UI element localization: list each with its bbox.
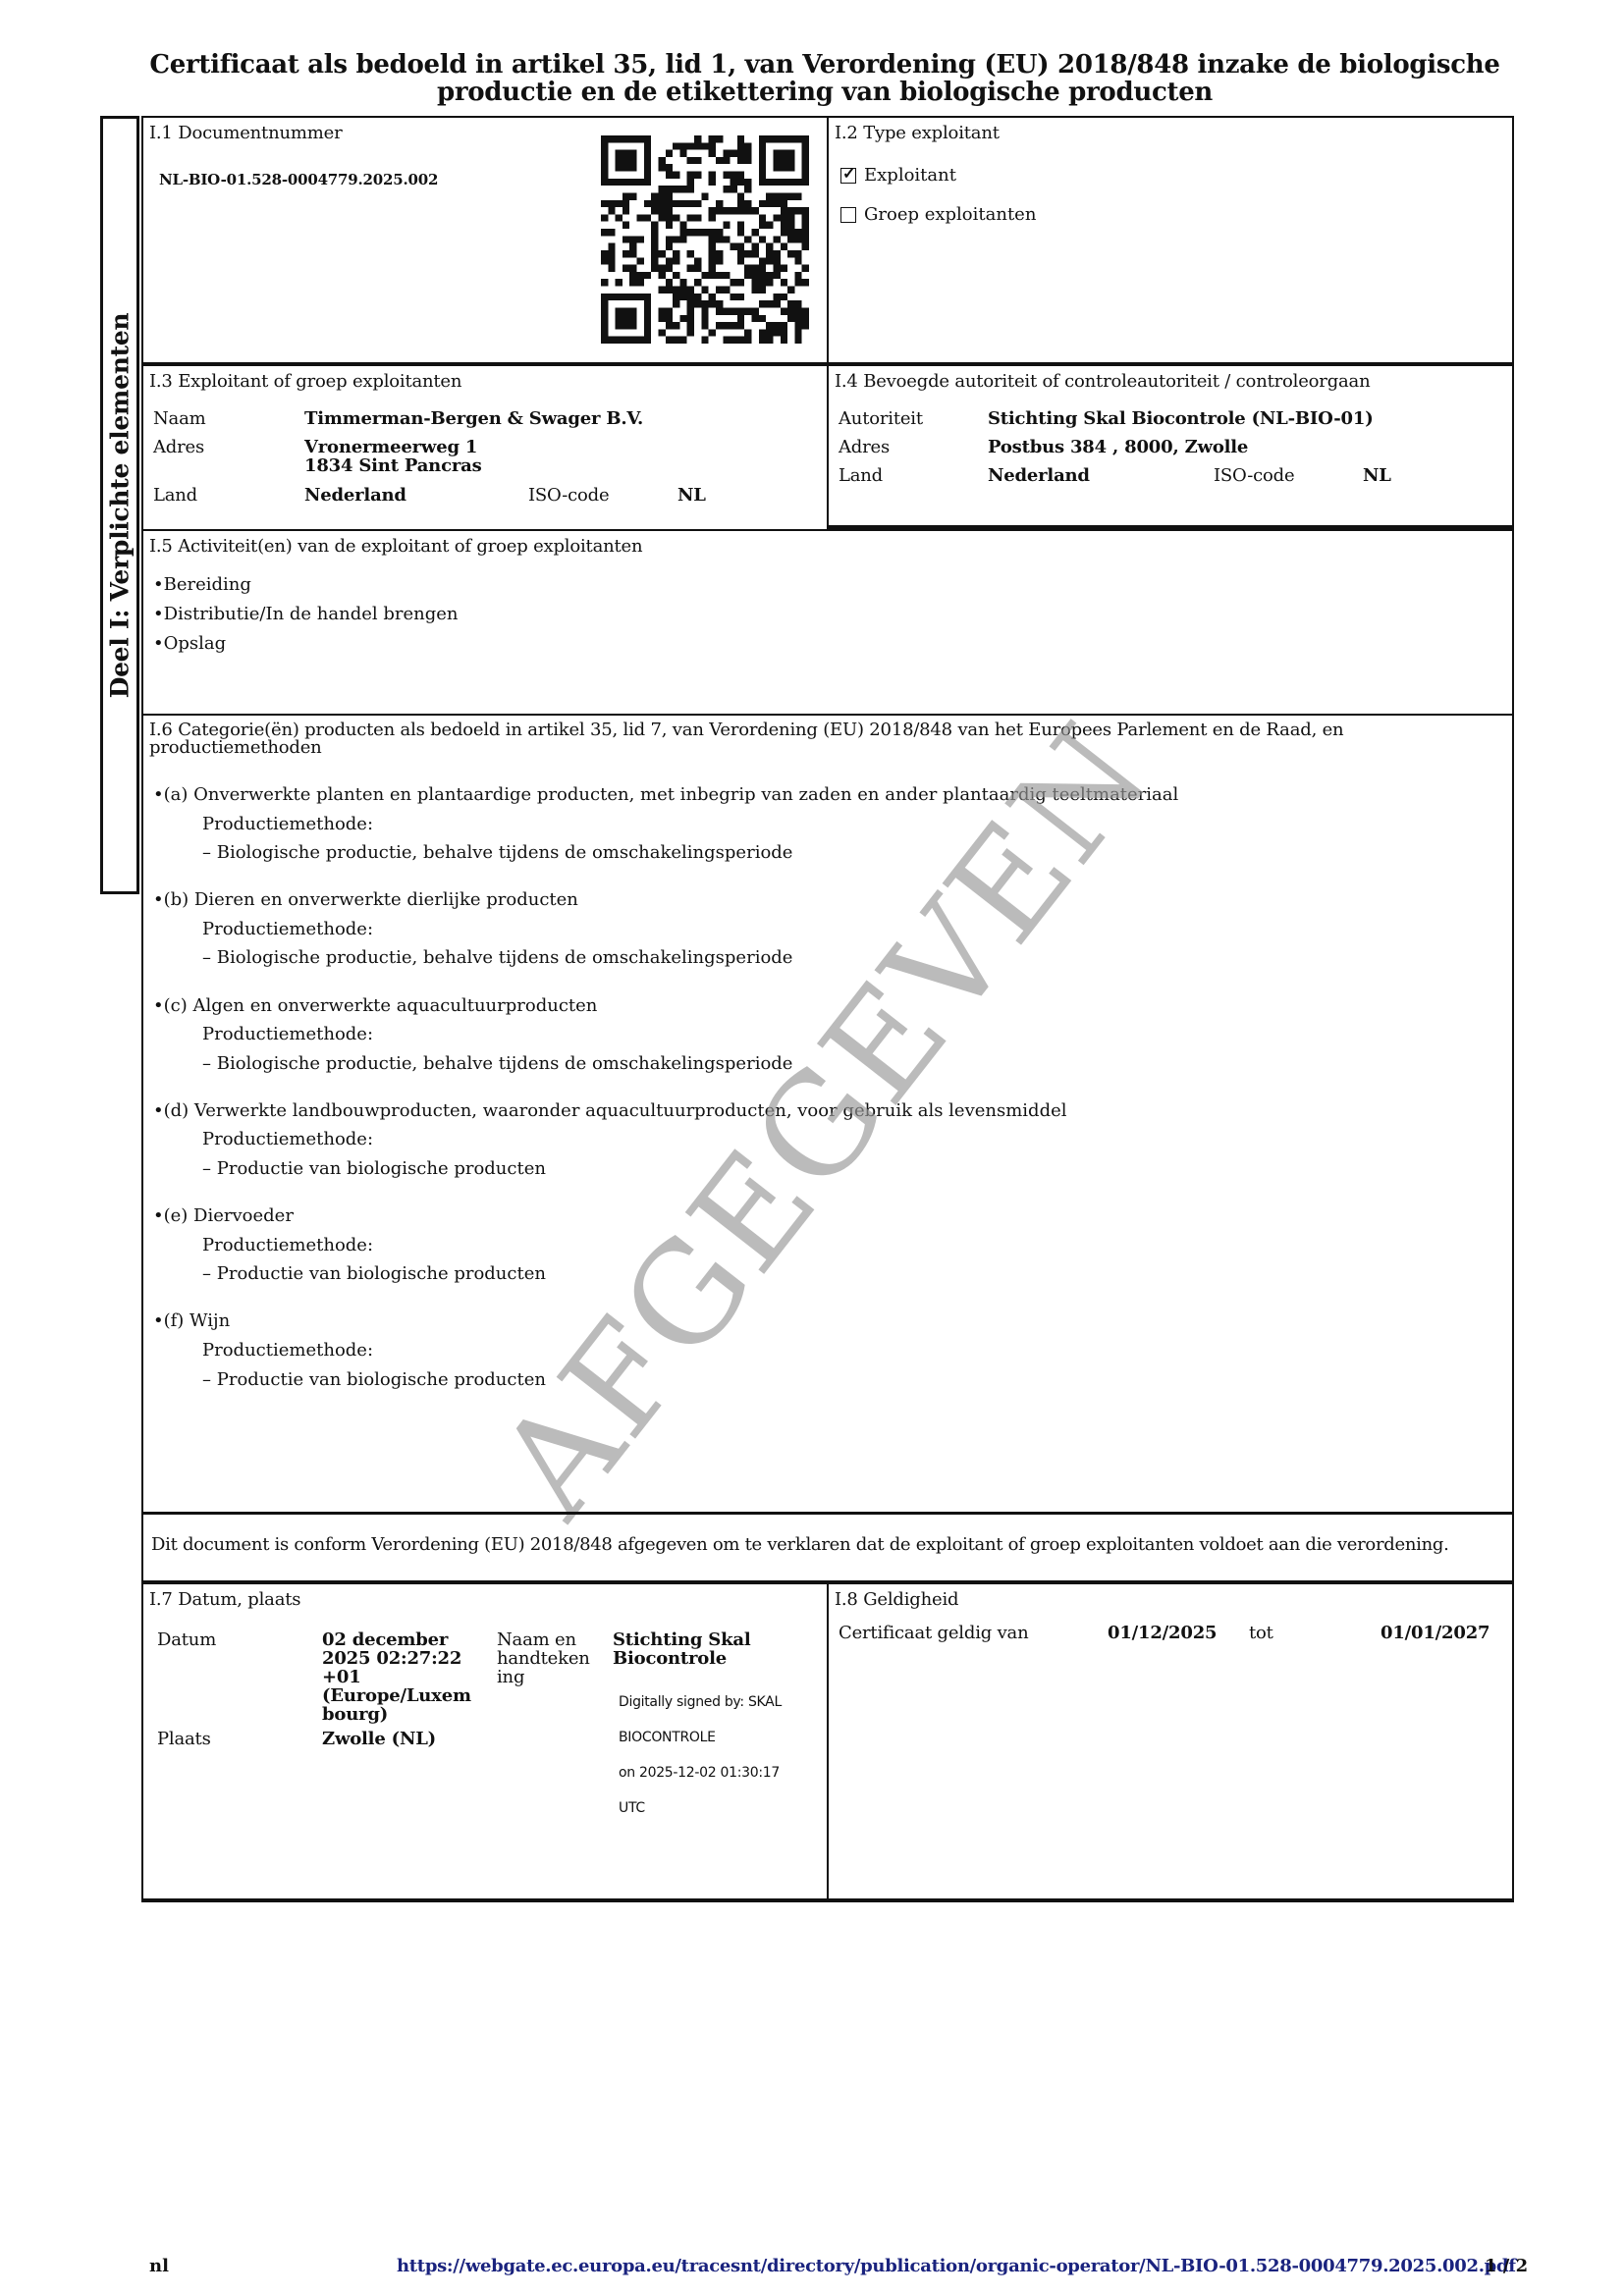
category-item: (c) Algen en onverwerkte aquacultuurprod… [153,991,1178,1079]
qr-code-icon [601,135,809,344]
footer-language: nl [149,2256,169,2276]
address-label: Adres [839,438,890,457]
categories-list: (a) Onverwerkte planten en plantaardige … [153,780,1178,1413]
footer-document-link[interactable]: https://webgate.ec.europa.eu/tracesnt/di… [397,2256,1516,2276]
section-heading: I.3 Exploitant of groep exploitanten [149,372,461,392]
operator-name: Timmerman-Bergen & Swager B.V. [304,409,643,428]
category-title: (b) Dieren en onverwerkte dierlijke prod… [153,885,1178,915]
method-label: Productiemethode: [153,1231,1178,1260]
category-item: (d) Verwerkte landbouwproducten, waarond… [153,1096,1178,1184]
category-title: (e) Diervoeder [153,1201,1178,1231]
method-value: – Productie van biologische producten [153,1365,1178,1395]
method-label: Productiemethode: [153,1020,1178,1049]
place-label: Plaats [157,1730,211,1749]
method-value: – Productie van biologische producten [153,1154,1178,1184]
section-i4-authority: I.4 Bevoegde autoriteit of controleautor… [827,362,1514,529]
signer-name: Stichting SkalBiocontrole [613,1630,750,1668]
footer-page-number: 1 / 2 [1485,2256,1528,2276]
method-label: Productiemethode: [153,810,1178,839]
section-heading: I.7 Datum, plaats [149,1590,300,1610]
checkbox-checked-icon [840,168,856,184]
category-title: (c) Algen en onverwerkte aquacultuurprod… [153,991,1178,1021]
checkbox-unchecked-icon [840,207,856,223]
valid-from-label: Certificaat geldig van [839,1624,1029,1643]
section-heading: I.2 Type exploitant [835,124,1000,143]
option-groep-exploitanten: Groep exploitanten [840,204,1036,225]
iso-label: ISO-code [1214,466,1294,486]
sidebar-part-label: Deel I: Verplichte elementen [100,116,139,894]
section-heading: I.1 Documentnummer [149,124,342,143]
option-exploitant: Exploitant [840,165,956,186]
iso-code: NL [677,486,706,505]
iso-label: ISO-code [528,486,609,506]
conformity-statement-box: Dit document is conform Verordening (EU)… [141,1512,1514,1582]
method-value: – Biologische productie, behalve tijdens… [153,943,1178,973]
issue-date: 02 december2025 02:27:22+01(Europe/Luxem… [322,1630,471,1724]
place: Zwolle (NL) [322,1730,436,1748]
authority-label: Autoriteit [839,409,923,429]
heading-line-1: I.6 Categorie(ën) producten als bedoeld … [149,721,1343,739]
section-i3-operator: I.3 Exploitant of groep exploitanten Naa… [141,362,829,531]
sign-label: Naam enhandtekening [497,1630,590,1686]
valid-to-date: 01/01/2027 [1380,1624,1489,1642]
section-heading: I.4 Bevoegde autoriteit of controleautor… [835,372,1371,392]
category-item: (a) Onverwerkte planten en plantaardige … [153,780,1178,868]
authority-address: Postbus 384 , 8000, Zwolle [988,438,1248,456]
method-value: – Biologische productie, behalve tijdens… [153,838,1178,868]
section-heading: I.8 Geldigheid [835,1590,958,1610]
activity-item: Bereiding [153,570,459,600]
activity-item: Opslag [153,629,459,659]
valid-from-date: 01/12/2025 [1108,1624,1217,1642]
section-i7-date-place: I.7 Datum, plaats Datum 02 december2025 … [141,1580,829,1902]
section-heading: I.6 Categorie(ën) producten als bedoeld … [149,721,1343,757]
section-i8-validity: I.8 Geldigheid Certificaat geldig van 01… [827,1580,1514,1902]
category-title: (d) Verwerkte landbouwproducten, waarond… [153,1096,1178,1126]
method-label: Productiemethode: [153,1125,1178,1154]
activities-list: Bereiding Distributie/In de handel breng… [153,570,459,659]
iso-code: NL [1363,466,1391,485]
method-value: – Biologische productie, behalve tijdens… [153,1049,1178,1079]
title-line-2: productie en de etikettering van biologi… [137,79,1512,106]
activity-item: Distributie/In de handel brengen [153,600,459,629]
heading-line-2: productiemethoden [149,739,1343,757]
date-label: Datum [157,1630,216,1650]
category-item: (e) DiervoederProductiemethode:– Product… [153,1201,1178,1289]
name-label: Naam [153,409,205,429]
method-label: Productiemethode: [153,1336,1178,1365]
option-label: Groep exploitanten [864,204,1036,225]
section-i5-activities: I.5 Activiteit(en) van de exploitant of … [141,529,1514,716]
to-label: tot [1249,1624,1273,1643]
method-value: – Productie van biologische producten [153,1259,1178,1289]
document-number: NL-BIO-01.528-0004779.2025.002 [159,171,438,189]
category-title: (f) Wijn [153,1307,1178,1336]
country-label: Land [153,486,197,506]
address-label: Adres [153,438,204,457]
section-i6-product-categories: I.6 Categorie(ën) producten als bedoeld … [141,714,1514,1514]
sidebar-label-text: Deel I: Verplichte elementen [106,312,135,698]
country: Nederland [988,466,1090,485]
title-line-1: Certificaat als bedoeld in artikel 35, l… [137,51,1512,79]
category-title: (a) Onverwerkte planten en plantaardige … [153,780,1178,810]
authority-name: Stichting Skal Biocontrole (NL-BIO-01) [988,409,1374,428]
country-label: Land [839,466,883,486]
section-heading: I.5 Activiteit(en) van de exploitant of … [149,537,642,557]
category-item: (f) WijnProductiemethode:– Productie van… [153,1307,1178,1394]
option-label: Exploitant [864,165,956,186]
method-label: Productiemethode: [153,915,1178,944]
digital-signature: Digitally signed by: SKALBIOCONTROLEon 2… [619,1684,782,1826]
conformity-statement: Dit document is conform Verordening (EU)… [151,1534,1449,1555]
document-title: Certificaat als bedoeld in artikel 35, l… [137,51,1512,106]
address-line-1: Vronermeerweg 1 [304,438,477,456]
section-i2-operator-type: I.2 Type exploitant Exploitant Groep exp… [827,116,1514,364]
category-item: (b) Dieren en onverwerkte dierlijke prod… [153,885,1178,973]
address-line-2: 1834 Sint Pancras [304,456,482,475]
country: Nederland [304,486,406,505]
